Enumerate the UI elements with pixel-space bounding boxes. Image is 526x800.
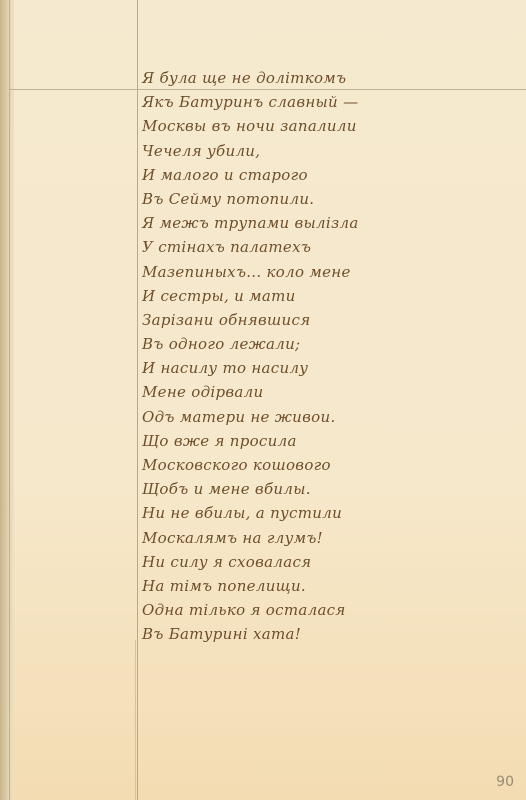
poem-line: Я була ще не доліткомъ xyxy=(142,66,522,90)
poem-line: Въ Сейму потопили. xyxy=(142,187,522,211)
poem-line: Мазепиныхъ... коло мене xyxy=(142,260,522,284)
page-edge-line xyxy=(9,0,10,800)
poem-line: Одъ матери не живои. xyxy=(142,405,522,429)
poem-line: На тімъ попелищи. xyxy=(142,574,522,598)
page-number: 90 xyxy=(496,774,514,790)
poem-line: Ни не вбилы, а пустили xyxy=(142,501,522,525)
poem-line: У стінахъ палатехъ xyxy=(142,235,522,259)
margin-rule xyxy=(137,0,138,800)
poem-line: И сестры, и мати xyxy=(142,284,522,308)
poem-line: Москвы въ ночи запалили xyxy=(142,114,522,138)
poem-line: И насилу то насилу xyxy=(142,356,522,380)
book-binding-shadow xyxy=(0,0,14,800)
poem-line: И малого и старого xyxy=(142,163,522,187)
poem-line: Въ одного лежали; xyxy=(142,332,522,356)
margin-rule-double xyxy=(135,640,136,800)
poem-line: Въ Батурині хата! xyxy=(142,622,522,646)
poem-line: Московского кошового xyxy=(142,453,522,477)
poem-line: Якъ Батуринъ славный — xyxy=(142,90,522,114)
poem-line: Щобъ и мене вбилы. xyxy=(142,477,522,501)
poem-text: Я була ще не доліткомъ Якъ Батуринъ слав… xyxy=(142,66,522,647)
poem-line: Москалямъ на глумъ! xyxy=(142,526,522,550)
poem-line: Я межъ трупами вылізла xyxy=(142,211,522,235)
poem-line: Що вже я просила xyxy=(142,429,522,453)
poem-line: Зарізани обнявшися xyxy=(142,308,522,332)
poem-line: Ни силу я сховалася xyxy=(142,550,522,574)
poem-line: Мене одірвали xyxy=(142,380,522,404)
manuscript-page: Я була ще не доліткомъ Якъ Батуринъ слав… xyxy=(0,0,526,800)
poem-line: Одна тілько я осталася xyxy=(142,598,522,622)
poem-line: Чечеля убили, xyxy=(142,139,522,163)
